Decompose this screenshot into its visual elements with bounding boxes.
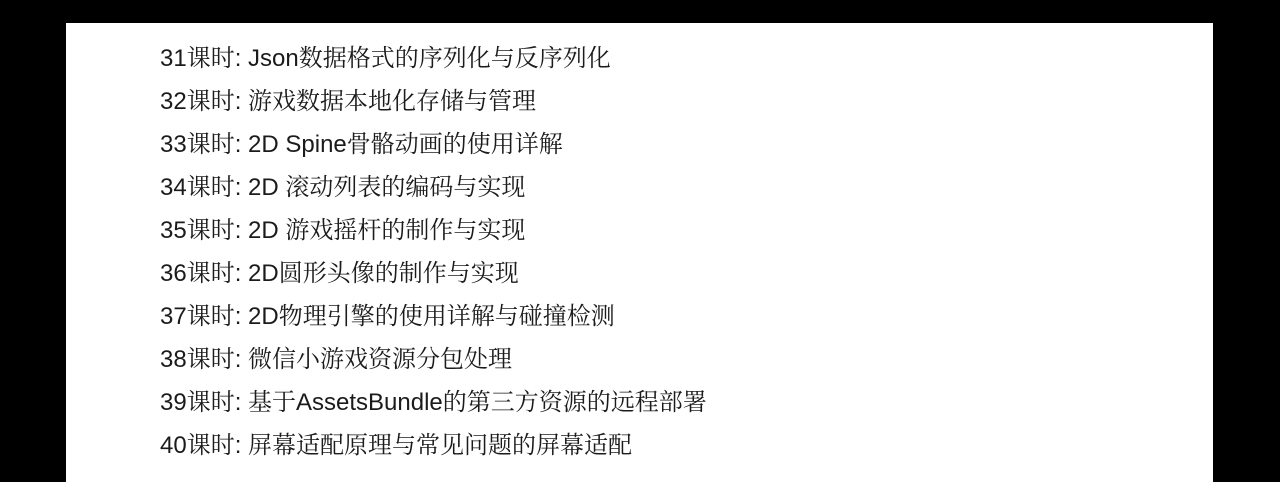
- lesson-item-38: 38课时: 微信小游戏资源分包处理: [160, 338, 1213, 381]
- lesson-item-31: 31课时: Json数据格式的序列化与反序列化: [160, 37, 1213, 80]
- lesson-list: 31课时: Json数据格式的序列化与反序列化 32课时: 游戏数据本地化存储与…: [66, 23, 1213, 467]
- lesson-item-37: 37课时: 2D物理引擎的使用详解与碰撞检测: [160, 295, 1213, 338]
- lesson-item-33: 33课时: 2D Spine骨骼动画的使用详解: [160, 123, 1213, 166]
- lesson-item-40: 40课时: 屏幕适配原理与常见问题的屏幕适配: [160, 424, 1213, 467]
- lesson-item-32: 32课时: 游戏数据本地化存储与管理: [160, 80, 1213, 123]
- lesson-item-34: 34课时: 2D 滚动列表的编码与实现: [160, 166, 1213, 209]
- lesson-item-35: 35课时: 2D 游戏摇杆的制作与实现: [160, 209, 1213, 252]
- lesson-item-39: 39课时: 基于AssetsBundle的第三方资源的远程部署: [160, 381, 1213, 424]
- lesson-item-36: 36课时: 2D圆形头像的制作与实现: [160, 252, 1213, 295]
- content-page: 31课时: Json数据格式的序列化与反序列化 32课时: 游戏数据本地化存储与…: [66, 23, 1213, 482]
